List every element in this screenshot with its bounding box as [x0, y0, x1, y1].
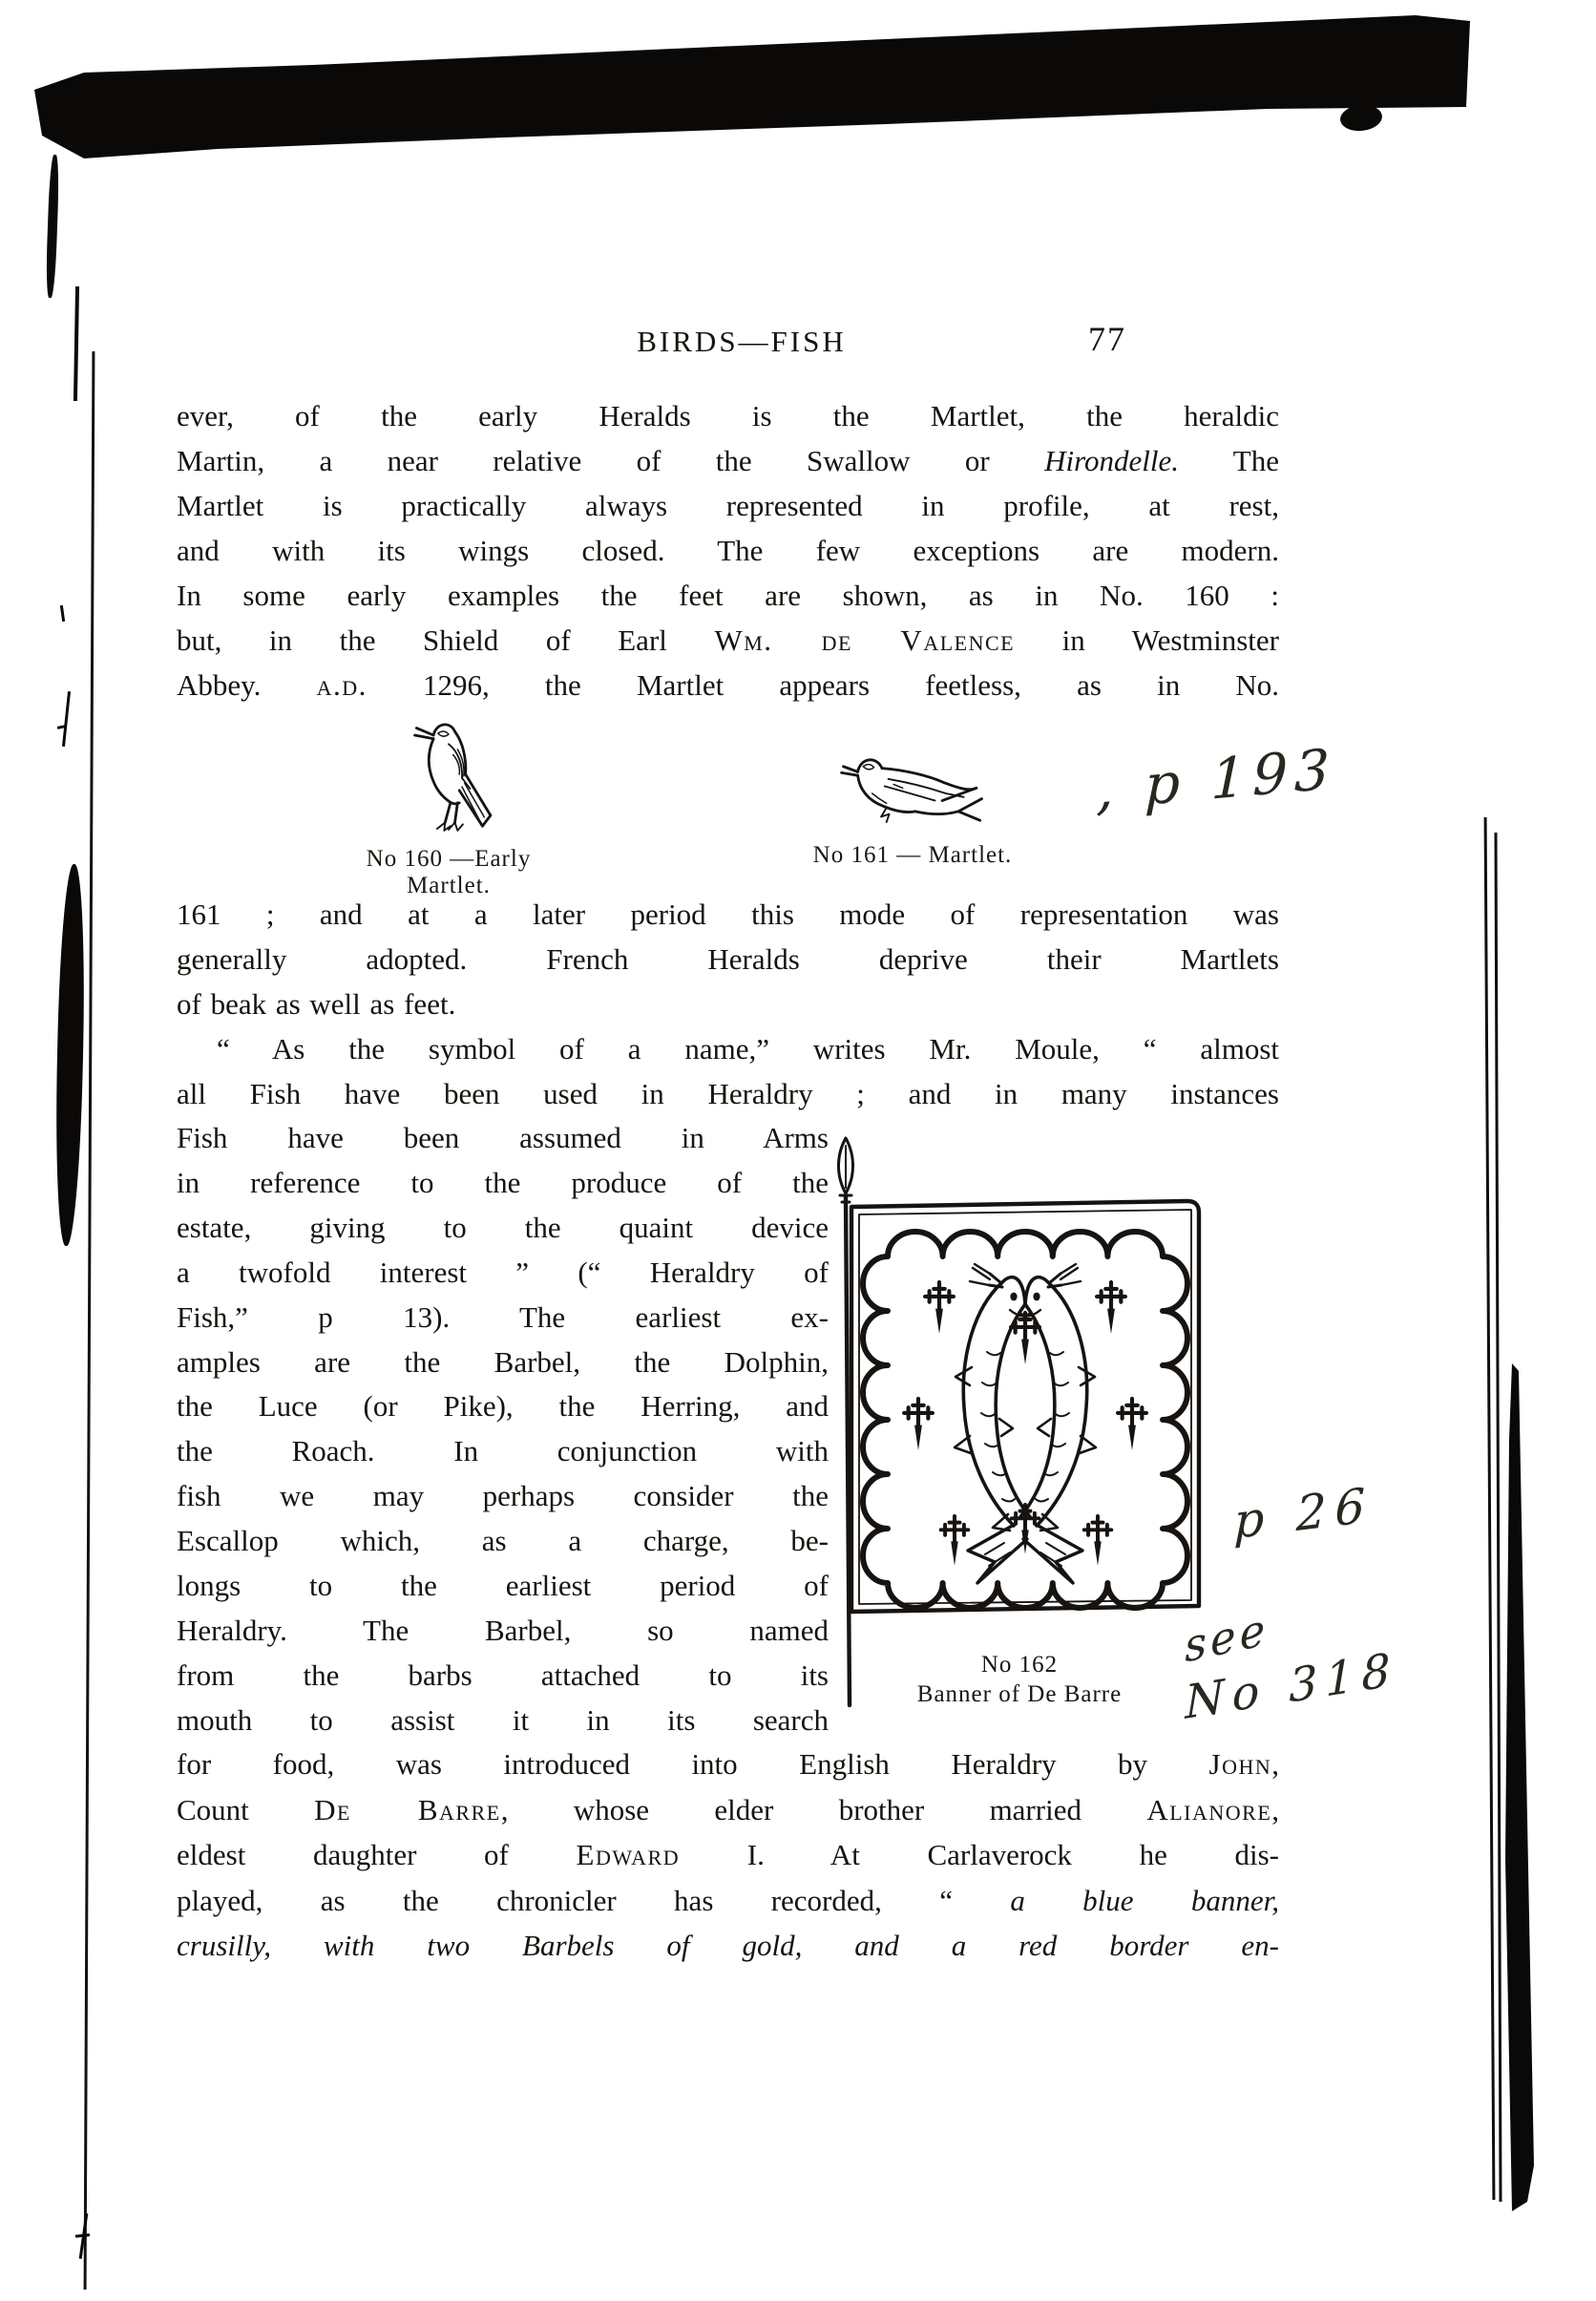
figure-caption: No 161 — Martlet. [788, 842, 1037, 869]
text-line: Fish have been assumed in Arms [177, 1116, 829, 1161]
scanned-book-page: BIRDS—FISH 77 ever, of the early Heralds… [0, 0, 1596, 2301]
text-line: in reference to the produce of the [177, 1161, 829, 1206]
figure-no-161: No 161 — Martlet. [788, 708, 1037, 869]
scan-artifact-left-mark-2 [62, 691, 71, 747]
page-number: 77 [1088, 319, 1126, 359]
text-line: of beak as well as feet. [177, 982, 1279, 1026]
figure-no-160: No 160 —Early Martlet. [325, 708, 573, 899]
handwritten-note-p193: , p 193 [1096, 736, 1336, 822]
scan-artifact-left-mark-1 [60, 605, 65, 622]
text-line: the Roach. In conjunction with [177, 1429, 829, 1474]
text-line: a twofold interest ” (“ Heraldry of [177, 1251, 829, 1296]
paragraph-fish-intro: “ As the symbol of a name,” writes Mr. M… [177, 1026, 1279, 1116]
scan-artifact-right-line-2 [1494, 833, 1501, 2202]
text-line: 161 ; and at a later period this mode of… [177, 892, 1279, 937]
text-line: the Luce (or Pike), the Herring, and [177, 1384, 829, 1429]
banner-of-de-barre-icon [827, 1132, 1212, 1715]
text-line: Escallop which, as a charge, be- [177, 1519, 829, 1564]
text-line: crusilly, with two Barbels of gold, and … [177, 1923, 1279, 1969]
text-line: “ As the symbol of a name,” writes Mr. M… [177, 1026, 1279, 1071]
text-line: longs to the earliest period of [177, 1564, 829, 1609]
text-line: generally adopted. French Heralds depriv… [177, 937, 1279, 982]
text-line: all Fish have been used in Heraldry ; an… [177, 1071, 1279, 1116]
scan-artifact-left-margin-line [84, 351, 95, 2290]
text-line: for food, was introduced into English He… [177, 1742, 1279, 1787]
text-line: Martlet is practically always represente… [177, 483, 1279, 528]
text-line: played, as the chronicler has recorded, … [177, 1878, 1279, 1924]
early-martlet-with-feet-icon [403, 708, 494, 842]
scan-artifact-ink-drip-thin [73, 286, 79, 401]
paragraph-fish-narrow-column: Fish have been assumed in Armsin referen… [177, 1116, 829, 1743]
figure-number: No 162 [827, 1650, 1212, 1679]
text-line: Abbey. a.d. 1296, the Martlet appears fe… [177, 663, 1279, 707]
paragraph-de-barre: for food, was introduced into English He… [177, 1742, 1279, 1969]
text-line: estate, giving to the quaint device [177, 1206, 829, 1251]
text-line: Heraldry. The Barbel, so named [177, 1609, 829, 1654]
figure-no-162 [827, 1132, 1212, 1715]
text-line: but, in the Shield of Earl Wm. de Valenc… [177, 618, 1279, 663]
text-line: eldest daughter of Edward I. At Carlaver… [177, 1832, 1279, 1878]
figure-caption-no-162: No 162 Banner of De Barre [827, 1650, 1212, 1709]
text-line: fish we may perhaps consider the [177, 1474, 829, 1519]
figure-title: Banner of De Barre [827, 1679, 1212, 1709]
text-line: amples are the Barbel, the Dolphin, [177, 1340, 829, 1385]
text-line: from the barbs attached to its [177, 1654, 829, 1699]
paragraph-martlet-intro: ever, of the early Heralds is the Martle… [177, 393, 1279, 707]
scan-artifact-right-line-1 [1484, 817, 1496, 2200]
text-line: In some early examples the feet are show… [177, 573, 1279, 618]
scan-artifact-left-ink-streak [53, 864, 87, 1246]
text-line: Count De Barre, whose elder brother marr… [177, 1787, 1279, 1833]
feetless-martlet-icon [836, 733, 989, 838]
text-line: and with its wings closed. The few excep… [177, 528, 1279, 573]
scan-artifact-top-edge-band [27, 15, 1474, 199]
text-line: Martin, a near relative of the Swallow o… [177, 438, 1279, 483]
running-head-title: BIRDS—FISH [627, 325, 856, 359]
text-line: ever, of the early Heralds is the Martle… [177, 393, 1279, 438]
text-line: mouth to assist it in its search [177, 1699, 829, 1743]
text-line: Fish,” p 13). The earliest ex- [177, 1296, 829, 1340]
scan-artifact-right-spine-shadow [1504, 1363, 1539, 2211]
handwritten-note-p26: p 26 [1233, 1477, 1374, 1551]
paragraph-martlet-later: 161 ; and at a later period this mode of… [177, 892, 1279, 1026]
scan-artifact-ink-drip [45, 155, 59, 298]
